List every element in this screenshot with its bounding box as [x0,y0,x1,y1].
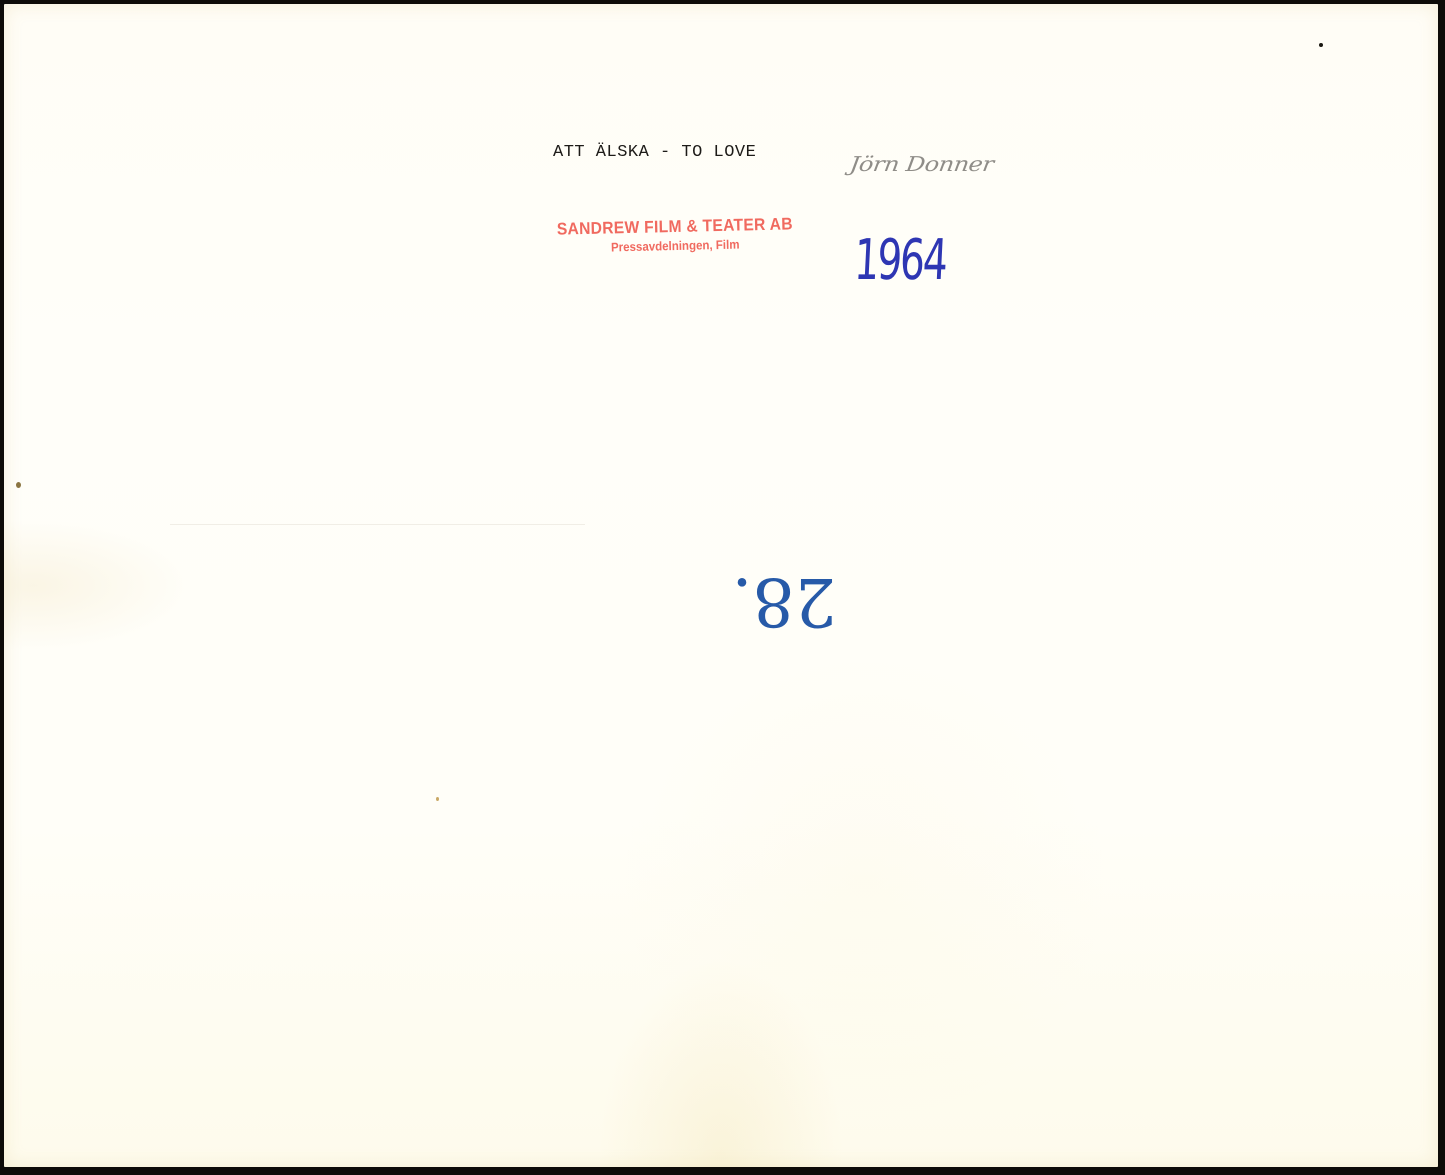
stain-speck [16,482,21,488]
faint-crease-line [170,524,585,525]
handwritten-year: 1964 [853,228,948,293]
handwritten-photo-number: 28. [728,568,840,634]
stain-speck [436,797,439,801]
distributor-stamp: SANDREW FILM & TEATER AB Pressavdelninge… [530,214,821,257]
photo-back-paper [4,4,1438,1167]
handwritten-director-name: Jörn Donner [848,152,995,176]
typed-film-title: ATT ÄLSKA - TO LOVE [553,143,756,162]
scan-border [0,0,1445,1175]
ink-speck [1319,43,1323,47]
